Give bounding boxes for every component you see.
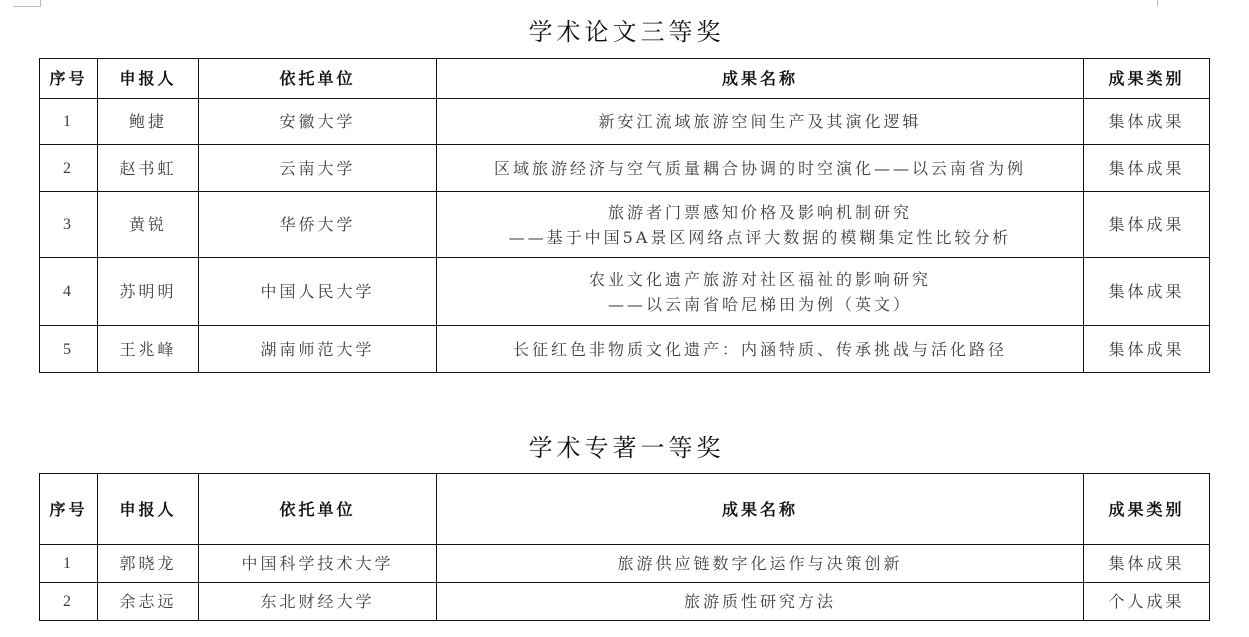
cell-applicant: 王兆峰	[98, 326, 199, 373]
papers-award-table: 序号 申报人 依托单位 成果名称 成果类别 1 鲍捷 安徽大学 新安江流域旅游空…	[39, 58, 1210, 373]
cell-applicant: 黄锐	[98, 192, 199, 258]
cell-type: 集体成果	[1084, 545, 1210, 583]
cell-applicant: 余志远	[98, 583, 199, 621]
page-corner-mark	[1157, 0, 1158, 6]
section-title-papers: 学术论文三等奖	[0, 18, 1249, 46]
table-row: 4 苏明明 中国人民大学 农业文化遗产旅游对社区福祉的影响研究 ——以云南省哈尼…	[40, 258, 1210, 326]
cell-applicant: 赵书虹	[98, 145, 199, 192]
cell-type: 个人成果	[1084, 583, 1210, 621]
title-line: 旅游者门票感知价格及影响机制研究	[437, 200, 1083, 225]
cell-title: 旅游者门票感知价格及影响机制研究 ——基于中国5A景区网络点评大数据的模糊集定性…	[437, 192, 1084, 258]
cell-unit: 中国人民大学	[199, 258, 437, 326]
page-corner-mark	[13, 6, 40, 7]
cell-no: 2	[40, 583, 98, 621]
cell-no: 1	[40, 545, 98, 583]
page-corner-mark	[40, 0, 41, 7]
cell-unit: 云南大学	[199, 145, 437, 192]
cell-title: 区域旅游经济与空气质量耦合协调的时空演化——以云南省为例	[437, 145, 1084, 192]
cell-type: 集体成果	[1084, 326, 1210, 373]
cell-no: 1	[40, 99, 98, 145]
cell-unit: 东北财经大学	[199, 583, 437, 621]
table-row: 2 余志远 东北财经大学 旅游质性研究方法 个人成果	[40, 583, 1210, 621]
table-header-row: 序号 申报人 依托单位 成果名称 成果类别	[40, 474, 1210, 545]
title-line: 旅游供应链数字化运作与决策创新	[437, 551, 1083, 576]
header-title: 成果名称	[437, 59, 1084, 99]
title-line: 农业文化遗产旅游对社区福祉的影响研究	[437, 267, 1083, 292]
cell-title: 农业文化遗产旅游对社区福祉的影响研究 ——以云南省哈尼梯田为例（英文）	[437, 258, 1084, 326]
cell-title: 旅游质性研究方法	[437, 583, 1084, 621]
cell-unit: 安徽大学	[199, 99, 437, 145]
table-row: 2 赵书虹 云南大学 区域旅游经济与空气质量耦合协调的时空演化——以云南省为例 …	[40, 145, 1210, 192]
monographs-award-table: 序号 申报人 依托单位 成果名称 成果类别 1 郭晓龙 中国科学技术大学 旅游供…	[39, 473, 1210, 621]
cell-type: 集体成果	[1084, 258, 1210, 326]
subtitle-line: ——基于中国5A景区网络点评大数据的模糊集定性比较分析	[437, 225, 1083, 250]
table-row: 1 郭晓龙 中国科学技术大学 旅游供应链数字化运作与决策创新 集体成果	[40, 545, 1210, 583]
subtitle-line: ——以云南省哈尼梯田为例（英文）	[437, 292, 1083, 317]
table-row: 5 王兆峰 湖南师范大学 长征红色非物质文化遗产：内涵特质、传承挑战与活化路径 …	[40, 326, 1210, 373]
cell-unit: 中国科学技术大学	[199, 545, 437, 583]
table-header-row: 序号 申报人 依托单位 成果名称 成果类别	[40, 59, 1210, 99]
header-no: 序号	[40, 59, 98, 99]
header-no: 序号	[40, 474, 98, 545]
title-line: 长征红色非物质文化遗产：内涵特质、传承挑战与活化路径	[437, 337, 1083, 362]
title-line: 区域旅游经济与空气质量耦合协调的时空演化——以云南省为例	[437, 156, 1083, 181]
header-applicant: 申报人	[98, 59, 199, 99]
header-title: 成果名称	[437, 474, 1084, 545]
cell-applicant: 鲍捷	[98, 99, 199, 145]
cell-applicant: 郭晓龙	[98, 545, 199, 583]
title-line: 新安江流域旅游空间生产及其演化逻辑	[437, 109, 1083, 134]
cell-no: 2	[40, 145, 98, 192]
header-type: 成果类别	[1084, 474, 1210, 545]
cell-title: 长征红色非物质文化遗产：内涵特质、传承挑战与活化路径	[437, 326, 1084, 373]
header-applicant: 申报人	[98, 474, 199, 545]
cell-unit: 华侨大学	[199, 192, 437, 258]
cell-type: 集体成果	[1084, 192, 1210, 258]
cell-applicant: 苏明明	[98, 258, 199, 326]
header-unit: 依托单位	[199, 474, 437, 545]
cell-title: 旅游供应链数字化运作与决策创新	[437, 545, 1084, 583]
cell-unit: 湖南师范大学	[199, 326, 437, 373]
section-title-monographs: 学术专著一等奖	[0, 434, 1249, 462]
header-type: 成果类别	[1084, 59, 1210, 99]
cell-type: 集体成果	[1084, 145, 1210, 192]
title-line: 旅游质性研究方法	[437, 589, 1083, 614]
table-row: 1 鲍捷 安徽大学 新安江流域旅游空间生产及其演化逻辑 集体成果	[40, 99, 1210, 145]
cell-no: 3	[40, 192, 98, 258]
header-unit: 依托单位	[199, 59, 437, 99]
cell-no: 4	[40, 258, 98, 326]
cell-type: 集体成果	[1084, 99, 1210, 145]
table-row: 3 黄锐 华侨大学 旅游者门票感知价格及影响机制研究 ——基于中国5A景区网络点…	[40, 192, 1210, 258]
cell-no: 5	[40, 326, 98, 373]
cell-title: 新安江流域旅游空间生产及其演化逻辑	[437, 99, 1084, 145]
